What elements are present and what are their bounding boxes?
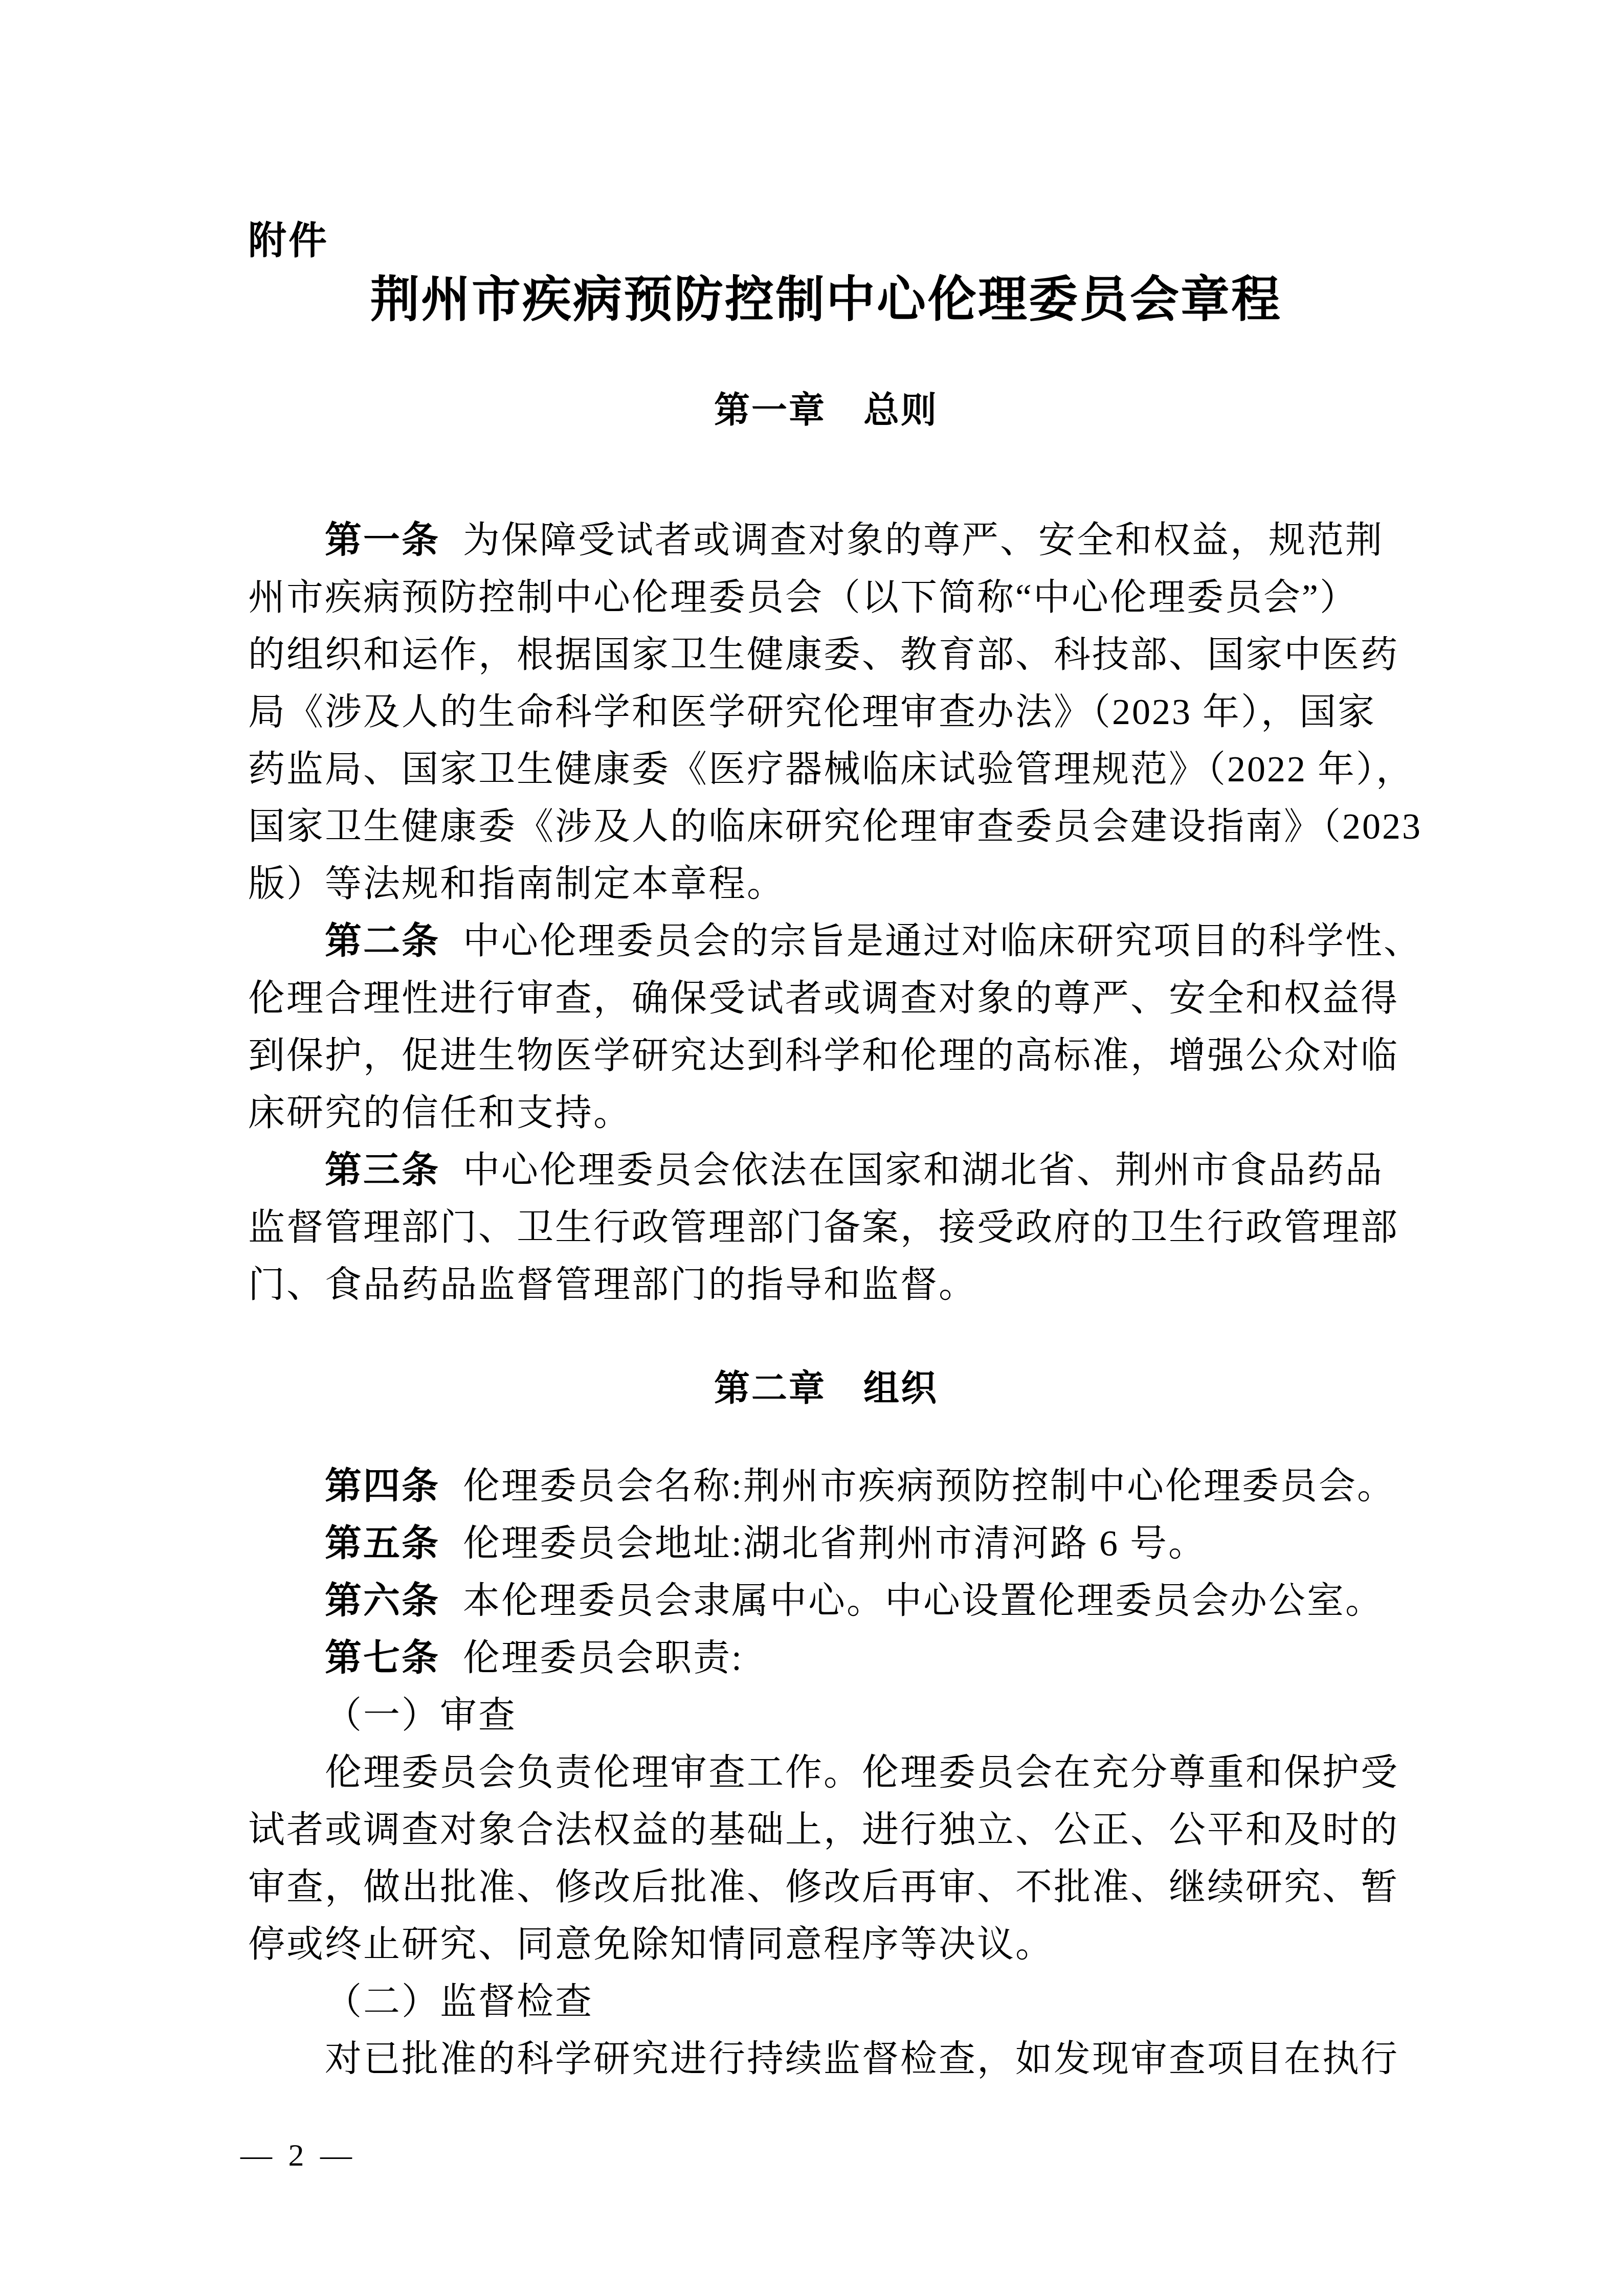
chapter-1-body: 第一条为保障受试者或调查对象的尊严、安全和权益，规范荆 州市疾病预防控制中心伦理…	[248, 511, 1404, 1313]
chapter-1-heading: 第一章 总则	[248, 386, 1404, 435]
chapter-2-body: 第四条伦理委员会名称:荆州市疾病预防控制中心伦理委员会。 第五条伦理委员会地址:…	[248, 1457, 1404, 2087]
body-line: 对已批准的科学研究进行持续监督检查，如发现审查项目在执行	[248, 2030, 1404, 2087]
article-number: 第六条	[325, 1580, 440, 1621]
body-line: 州市疾病预防控制中心伦理委员会（以下简称“中心伦理委员会”）	[248, 569, 1404, 626]
body-line: 停或终止研究、同意免除知情同意程序等决议。	[248, 1916, 1404, 1973]
body-line: 床研究的信任和支持。	[248, 1084, 1404, 1141]
body-line: 的组织和运作，根据国家卫生健康委、教育部、科技部、国家中医药	[248, 626, 1404, 683]
attachment-label: 附件	[248, 220, 1404, 261]
line-text: 伦理委员会负责伦理审查工作。伦理委员会在充分尊重和保护受	[325, 1752, 1399, 1793]
line-text: 州市疾病预防控制中心伦理委员会（以下简称“中心伦理委员会”）	[248, 577, 1358, 618]
line-text: 国家卫生健康委《涉及人的临床研究伦理审查委员会建设指南》（2023	[248, 806, 1422, 847]
line-text: 伦理委员会职责:	[463, 1637, 743, 1678]
line-text: 到保护，促进生物医学研究达到科学和伦理的高标准，增强公众对临	[248, 1035, 1399, 1076]
line-text: 药监局、国家卫生健康委《医疗器械临床试验管理规范》（2022 年），	[248, 749, 1414, 790]
page: 附件 荆州市疾病预防控制中心伦理委员会章程 第一章 总则 第一条为保障受试者或调…	[0, 0, 1624, 2296]
line-text: 本伦理委员会隶属中心。中心设置伦理委员会办公室。	[463, 1580, 1384, 1621]
body-line: 局《涉及人的生命科学和医学研究伦理审查办法》（2023 年），国家	[248, 683, 1404, 740]
body-line: 监督管理部门、卫生行政管理部门备案，接受政府的卫生行政管理部	[248, 1199, 1404, 1256]
line-text: 为保障受试者或调查对象的尊严、安全和权益，规范荆	[463, 520, 1384, 560]
chapter-2-heading: 第二章 组织	[248, 1364, 1404, 1413]
line-text: 中心伦理委员会依法在国家和湖北省、荆州市食品药品	[463, 1150, 1384, 1190]
body-line: 第三条中心伦理委员会依法在国家和湖北省、荆州市食品药品	[248, 1141, 1404, 1199]
article-number: 第五条	[325, 1523, 440, 1564]
body-line: 版）等法规和指南制定本章程。	[248, 855, 1404, 912]
line-text: 床研究的信任和支持。	[248, 1092, 632, 1133]
line-text: 停或终止研究、同意免除知情同意程序等决议。	[248, 1924, 1054, 1965]
line-text: 审查，做出批准、修改后批准、修改后再审、不批准、继续研究、暂	[248, 1866, 1399, 1907]
page-number: — 2 —	[240, 2135, 356, 2176]
body-line: 审查，做出批准、修改后批准、修改后再审、不批准、继续研究、暂	[248, 1858, 1404, 1916]
body-line: 伦理委员会负责伦理审查工作。伦理委员会在充分尊重和保护受	[248, 1744, 1404, 1801]
article-number: 第三条	[325, 1150, 440, 1190]
body-line: 国家卫生健康委《涉及人的临床研究伦理审查委员会建设指南》（2023	[248, 798, 1404, 855]
line-text: 试者或调查对象合法权益的基础上，进行独立、公正、公平和及时的	[248, 1809, 1399, 1850]
line-text: 伦理委员会地址:湖北省荆州市清河路 6 号。	[463, 1523, 1207, 1564]
body-line: 第一条为保障受试者或调查对象的尊严、安全和权益，规范荆	[248, 511, 1404, 569]
line-text: 监督管理部门、卫生行政管理部门备案，接受政府的卫生行政管理部	[248, 1207, 1399, 1248]
body-line: 第五条伦理委员会地址:湖北省荆州市清河路 6 号。	[248, 1515, 1404, 1572]
body-line: 药监局、国家卫生健康委《医疗器械临床试验管理规范》（2022 年），	[248, 740, 1404, 798]
body-line: 第四条伦理委员会名称:荆州市疾病预防控制中心伦理委员会。	[248, 1457, 1404, 1515]
line-text: （二）监督检查	[325, 1981, 593, 2022]
line-text: 中心伦理委员会的宗旨是通过对临床研究项目的科学性、	[463, 920, 1422, 961]
line-text: 版）等法规和指南制定本章程。	[248, 863, 785, 904]
body-line: 伦理合理性进行审查，确保受试者或调查对象的尊严、安全和权益得	[248, 970, 1404, 1027]
body-line: 门、食品药品监督管理部门的指导和监督。	[248, 1256, 1404, 1313]
document-body: 附件 荆州市疾病预防控制中心伦理委员会章程 第一章 总则 第一条为保障受试者或调…	[248, 0, 1404, 2087]
article-number: 第四条	[325, 1466, 440, 1506]
body-line: 第二条中心伦理委员会的宗旨是通过对临床研究项目的科学性、	[248, 912, 1404, 970]
body-line: 第六条本伦理委员会隶属中心。中心设置伦理委员会办公室。	[248, 1572, 1404, 1629]
article-number: 第二条	[325, 920, 440, 961]
line-text: 伦理合理性进行审查，确保受试者或调查对象的尊严、安全和权益得	[248, 978, 1399, 1019]
line-text: 的组织和运作，根据国家卫生健康委、教育部、科技部、国家中医药	[248, 634, 1399, 675]
line-text: 对已批准的科学研究进行持续监督检查，如发现审查项目在执行	[325, 2038, 1399, 2079]
body-line: （二）监督检查	[248, 1973, 1404, 2030]
article-number: 第一条	[325, 520, 440, 560]
line-text: 门、食品药品监督管理部门的指导和监督。	[248, 1264, 977, 1305]
body-line: 第七条伦理委员会职责:	[248, 1629, 1404, 1686]
line-text: 伦理委员会名称:荆州市疾病预防控制中心伦理委员会。	[463, 1466, 1395, 1506]
document-title: 荆州市疾病预防控制中心伦理委员会章程	[248, 273, 1404, 327]
article-number: 第七条	[325, 1637, 440, 1678]
body-line: 试者或调查对象合法权益的基础上，进行独立、公正、公平和及时的	[248, 1801, 1404, 1858]
line-text: （一）审查	[325, 1695, 517, 1736]
body-line: 到保护，促进生物医学研究达到科学和伦理的高标准，增强公众对临	[248, 1027, 1404, 1084]
line-text: 局《涉及人的生命科学和医学研究伦理审查办法》（2023 年），国家	[248, 691, 1376, 732]
body-line: （一）审查	[248, 1686, 1404, 1744]
